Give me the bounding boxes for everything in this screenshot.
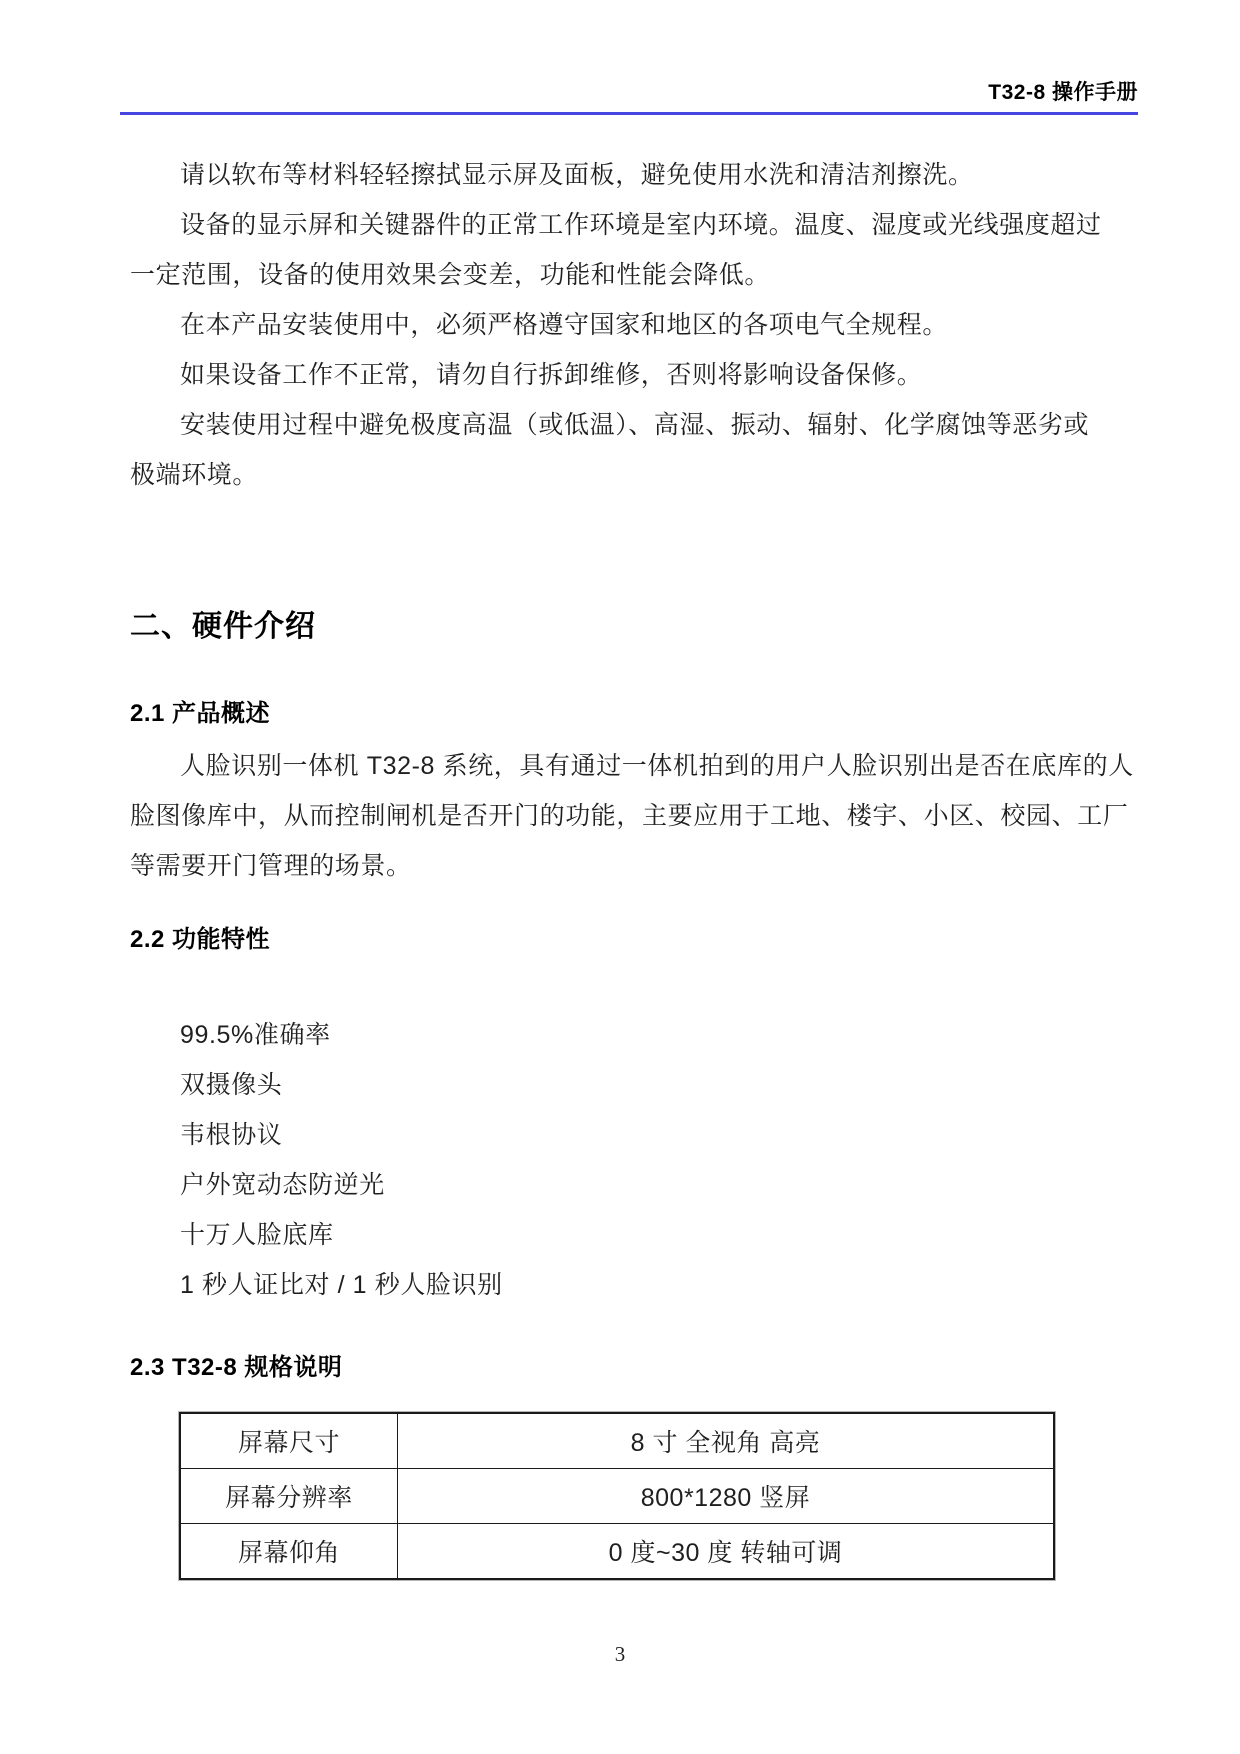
spec-label-cell: 屏幕分辨率 bbox=[180, 1469, 398, 1524]
feature-item: 双摄像头 bbox=[130, 1060, 1112, 1110]
spec-value-cell: 800*1280 竖屏 bbox=[398, 1469, 1055, 1524]
page-body: 请以软布等材料轻轻擦拭显示屏及面板，避免使用水洗和清洁剂擦洗。设备的显示屏和关键… bbox=[130, 150, 1112, 1580]
feature-item: 99.5%准确率 bbox=[130, 1010, 1112, 1060]
feature-item: 韦根协议 bbox=[130, 1110, 1112, 1160]
section-heading-features: 2.2 功能特性 bbox=[130, 915, 1112, 965]
spec-table-body: 屏幕尺寸 8 寸 全视角 高亮 屏幕分辨率 800*1280 竖屏 屏幕仰角 0… bbox=[180, 1413, 1054, 1579]
spec-table-row: 屏幕尺寸 8 寸 全视角 高亮 bbox=[180, 1413, 1054, 1469]
paragraph-line: 在本产品安装使用中，必须严格遵守国家和地区的各项电气全规程。 bbox=[130, 300, 1112, 350]
spec-value-cell: 8 寸 全视角 高亮 bbox=[398, 1413, 1055, 1469]
overview-paragraph: 人脸识别一体机 T32-8 系统，具有通过一体机拍到的用户人脸识别出是否在底库的… bbox=[130, 741, 1112, 891]
spec-label-cell: 屏幕尺寸 bbox=[180, 1413, 398, 1469]
feature-item: 十万人脸底库 bbox=[130, 1210, 1112, 1260]
spec-table-row: 屏幕分辨率 800*1280 竖屏 bbox=[180, 1469, 1054, 1524]
spec-table-row: 屏幕仰角 0 度~30 度 转轴可调 bbox=[180, 1524, 1054, 1580]
header-rule bbox=[120, 112, 1138, 115]
paragraph-line: 脸图像库中，从而控制闸机是否开门的功能，主要应用于工地、楼宇、小区、校园、工厂 bbox=[130, 791, 1112, 841]
paragraph-line: 如果设备工作不正常，请勿自行拆卸维修，否则将影响设备保修。 bbox=[130, 350, 1112, 400]
safety-notes: 请以软布等材料轻轻擦拭显示屏及面板，避免使用水洗和清洁剂擦洗。设备的显示屏和关键… bbox=[130, 150, 1112, 500]
spec-label-cell: 屏幕仰角 bbox=[180, 1524, 398, 1580]
paragraph-line: 安装使用过程中避免极度高温（或低温）、高湿、振动、辐射、化学腐蚀等恶劣或 bbox=[130, 400, 1112, 450]
spec-table: 屏幕尺寸 8 寸 全视角 高亮 屏幕分辨率 800*1280 竖屏 屏幕仰角 0… bbox=[179, 1412, 1055, 1580]
manual-header-title: T32-8 操作手册 bbox=[988, 76, 1138, 106]
paragraph-line: 极端环境。 bbox=[130, 450, 1112, 500]
paragraph-line: 请以软布等材料轻轻擦拭显示屏及面板，避免使用水洗和清洁剂擦洗。 bbox=[130, 150, 1112, 200]
paragraph-line: 设备的显示屏和关键器件的正常工作环境是室内环境。温度、湿度或光线强度超过 bbox=[130, 200, 1112, 250]
paragraph-line: 一定范围，设备的使用效果会变差，功能和性能会降低。 bbox=[130, 250, 1112, 300]
paragraph-line: 等需要开门管理的场景。 bbox=[130, 841, 1112, 891]
document-page: T32-8 操作手册 请以软布等材料轻轻擦拭显示屏及面板，避免使用水洗和清洁剂擦… bbox=[0, 0, 1240, 1754]
page-number: 3 bbox=[0, 1642, 1240, 1667]
spec-value-cell: 0 度~30 度 转轴可调 bbox=[398, 1524, 1055, 1580]
section-heading-specs: 2.3 T32-8 规格说明 bbox=[130, 1343, 1112, 1393]
feature-list: 99.5%准确率双摄像头韦根协议户外宽动态防逆光十万人脸底库1 秒人证比对 / … bbox=[130, 1010, 1112, 1310]
section-heading-overview: 2.1 产品概述 bbox=[130, 689, 1112, 739]
feature-item: 户外宽动态防逆光 bbox=[130, 1160, 1112, 1210]
feature-item: 1 秒人证比对 / 1 秒人脸识别 bbox=[130, 1260, 1112, 1310]
chapter-heading: 二、硬件介绍 bbox=[130, 602, 1112, 652]
paragraph-line: 人脸识别一体机 T32-8 系统，具有通过一体机拍到的用户人脸识别出是否在底库的… bbox=[130, 741, 1112, 791]
